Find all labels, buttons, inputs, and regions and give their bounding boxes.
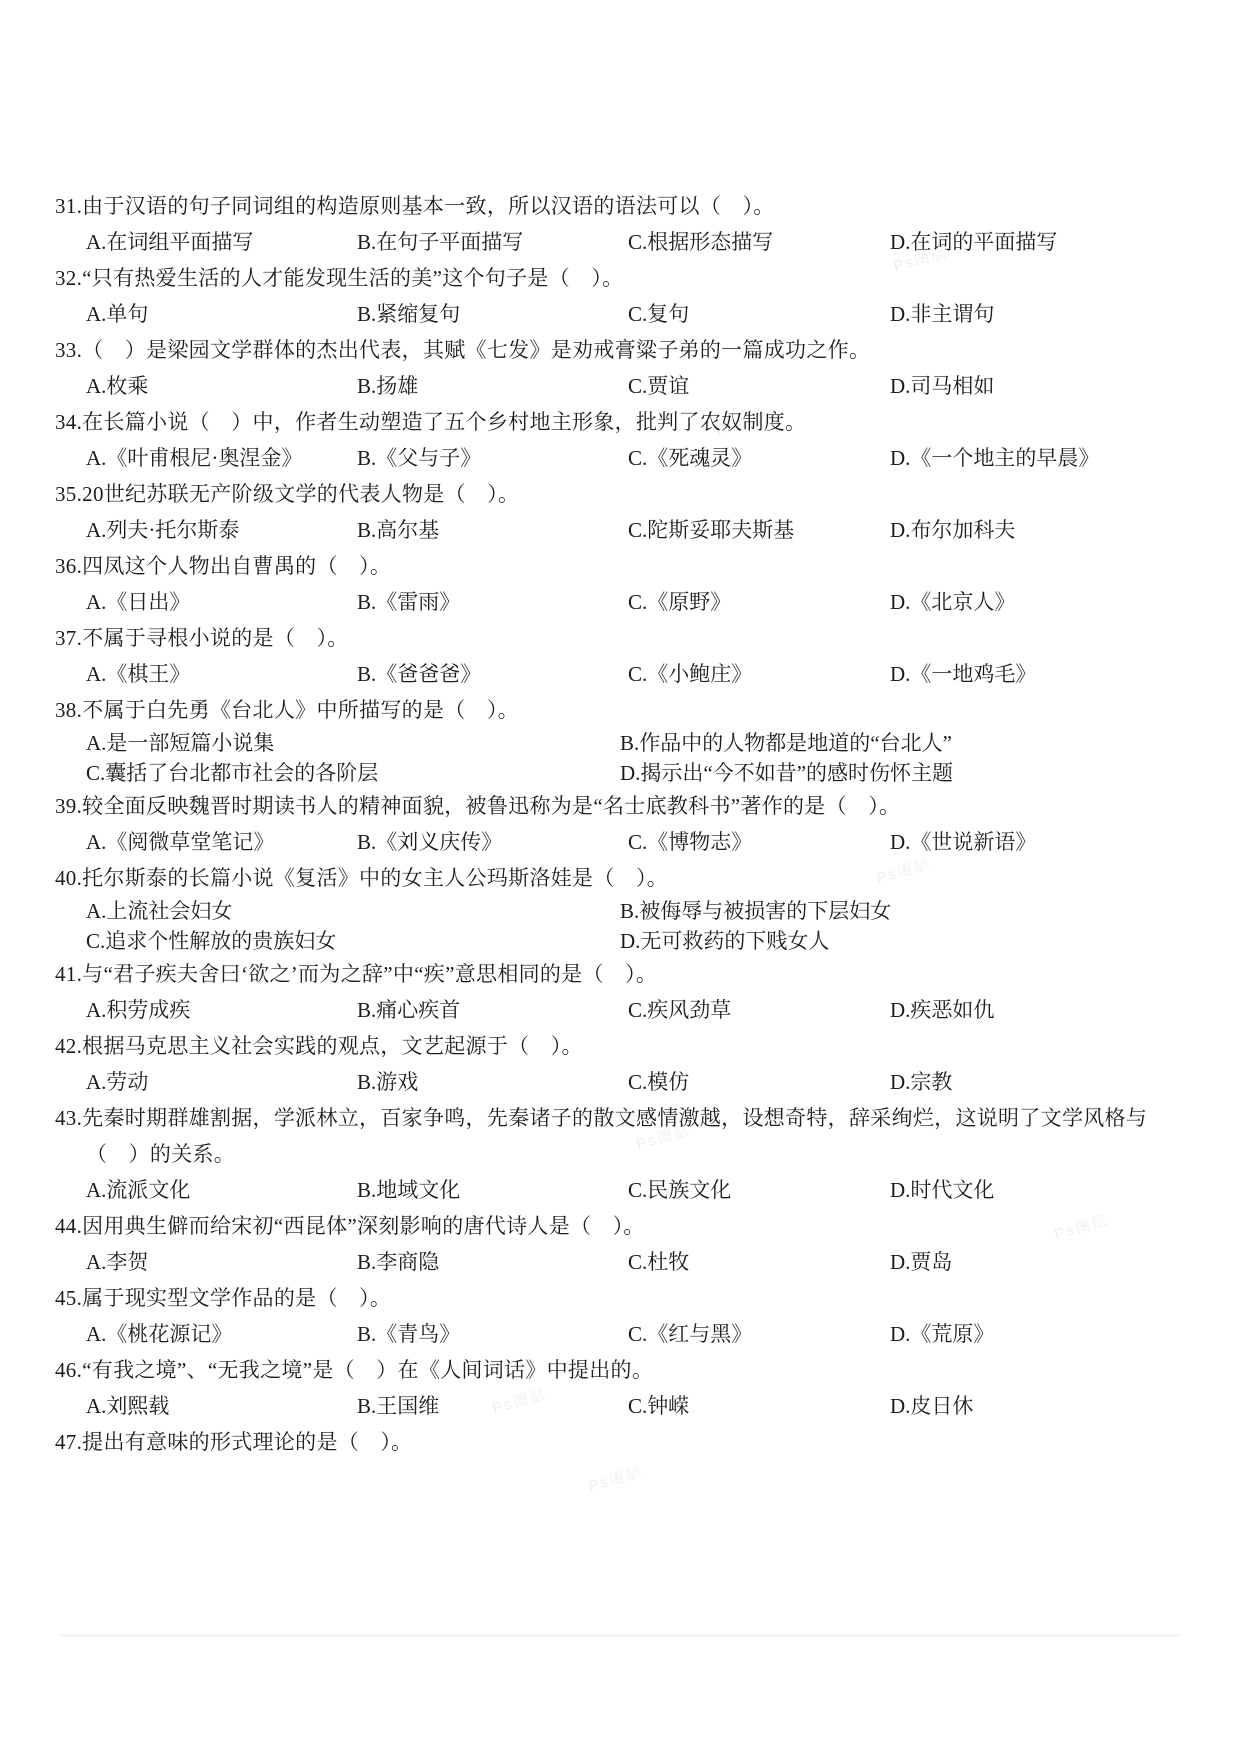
options-row: A.单句B.紧缩复句C.复句D.非主谓句 [86,296,1198,332]
options-row: A.在词组平面描写B.在句子平面描写C.根据形态描写D.在词的平面描写 [86,224,1198,260]
options-row: A.《桃花源记》B.《青鸟》C.《红与黑》D.《荒原》 [86,1316,1198,1352]
options-row: A.刘熙载B.王国维C.钟嵘D.皮日休 [86,1388,1198,1424]
option-A: A.劳动 [86,1064,357,1100]
question-37: 37.不属于寻根小说的是（ ）。A.《棋王》B.《爸爸爸》C.《小鲍庄》D.《一… [55,620,1198,692]
option-B: B.王国维 [357,1388,628,1424]
question-list: 31.由于汉语的句子同词组的构造原则基本一致，所以汉语的语法可以（ ）。A.在词… [0,0,1240,1460]
option-C: C.民族文化 [628,1172,890,1208]
question-stem: 34.在长篇小说（ ）中，作者生动塑造了五个乡村地主形象，批判了农奴制度。 [55,404,1198,440]
question-41: 41.与“君子疾夫舍曰‘欲之’而为之辞”中“疾”意思相同的是（ ）。A.积劳成疾… [55,956,1198,1028]
options-row: A.列夫·托尔斯泰B.高尔基C.陀斯妥耶夫斯基D.布尔加科夫 [86,512,1198,548]
question-stem: 46.“有我之境”、“无我之境”是（ ）在《人间词话》中提出的。 [55,1352,1198,1388]
option-C: C.杜牧 [628,1244,890,1280]
option-D: D.《世说新语》 [890,824,1198,860]
option-A: A.枚乘 [86,368,357,404]
question-stem: 35.20世纪苏联无产阶级文学的代表人物是（ ）。 [55,476,1198,512]
option-C: C.追求个性解放的贵族妇女 [86,926,620,956]
page-divider [60,1634,1180,1637]
options-row: A.枚乘B.扬雄C.贾谊D.司马相如 [86,368,1198,404]
question-44: 44.因用典生僻而给宋初“西昆体”深刻影响的唐代诗人是（ ）。A.李贺B.李商隐… [55,1208,1198,1280]
option-C: C.《红与黑》 [628,1316,890,1352]
option-D: D.《北京人》 [890,584,1198,620]
question-38: 38.不属于白先勇《台北人》中所描写的是（ ）。A.是一部短篇小说集B.作品中的… [55,692,1198,788]
question-stem: 36.四凤这个人物出自曹禺的（ ）。 [55,548,1198,584]
option-B: B.地域文化 [357,1172,628,1208]
options-row: A.积劳成疾B.痛心疾首C.疾风劲草D.疾恶如仇 [86,992,1198,1028]
options-row: A.流派文化B.地域文化C.民族文化D.时代文化 [86,1172,1198,1208]
option-D: D.疾恶如仇 [890,992,1198,1028]
question-39: 39.较全面反映魏晋时期读书人的精神面貌，被鲁迅称为是“名士底教科书”著作的是（… [55,788,1198,860]
option-A: A.《棋王》 [86,656,357,692]
option-D: D.揭示出“今不如昔”的感时伤怀主题 [620,758,1198,788]
option-D: D.司马相如 [890,368,1198,404]
question-32: 32.“只有热爱生活的人才能发现生活的美”这个句子是（ ）。A.单句B.紧缩复句… [55,260,1198,332]
option-B: B.李商隐 [357,1244,628,1280]
options-row: A.李贺B.李商隐C.杜牧D.贾岛 [86,1244,1198,1280]
option-C: C.疾风劲草 [628,992,890,1028]
option-A: A.列夫·托尔斯泰 [86,512,357,548]
question-stem: 39.较全面反映魏晋时期读书人的精神面貌，被鲁迅称为是“名士底教科书”著作的是（… [55,788,1198,824]
question-stem: 44.因用典生僻而给宋初“西昆体”深刻影响的唐代诗人是（ ）。 [55,1208,1198,1244]
option-B: B.《雷雨》 [357,584,628,620]
option-D: D.《荒原》 [890,1316,1198,1352]
option-D: D.《一个地主的早晨》 [890,440,1198,476]
option-C: C.模仿 [628,1064,890,1100]
option-D: D.皮日休 [890,1388,1198,1424]
option-D: D.时代文化 [890,1172,1198,1208]
option-C: C.《博物志》 [628,824,890,860]
option-B: B.痛心疾首 [357,992,628,1028]
option-C: C.陀斯妥耶夫斯基 [628,512,890,548]
question-stem: 43.先秦时期群雄割据，学派林立，百家争鸣，先秦诸子的散文感情激越，设想奇特，辞… [55,1100,1198,1172]
option-D: D.在词的平面描写 [890,224,1198,260]
option-A: A.积劳成疾 [86,992,357,1028]
option-C: C.囊括了台北都市社会的各阶层 [86,758,620,788]
option-A: A.上流社会妇女 [86,896,620,926]
option-D: D.《一地鸡毛》 [890,656,1198,692]
question-stem: 42.根据马克思主义社会实践的观点，文艺起源于（ ）。 [55,1028,1198,1064]
option-D: D.贾岛 [890,1244,1198,1280]
option-A: A.《叶甫根尼·奥涅金》 [86,440,357,476]
options-row: A.是一部短篇小说集B.作品中的人物都是地道的“台北人”C.囊括了台北都市社会的… [86,728,1198,788]
option-D: D.宗教 [890,1064,1198,1100]
option-B: B.扬雄 [357,368,628,404]
question-46: 46.“有我之境”、“无我之境”是（ ）在《人间词话》中提出的。A.刘熙载B.王… [55,1352,1198,1424]
option-B: B.在句子平面描写 [357,224,628,260]
options-row: A.《日出》B.《雷雨》C.《原野》D.《北京人》 [86,584,1198,620]
options-row: A.《阅微草堂笔记》B.《刘义庆传》C.《博物志》D.《世说新语》 [86,824,1198,860]
options-row: A.劳动B.游戏C.模仿D.宗教 [86,1064,1198,1100]
option-B: B.《父与子》 [357,440,628,476]
watermark: Ps图层 [584,1455,647,1505]
option-C: C.根据形态描写 [628,224,890,260]
question-35: 35.20世纪苏联无产阶级文学的代表人物是（ ）。A.列夫·托尔斯泰B.高尔基C… [55,476,1198,548]
question-31: 31.由于汉语的句子同词组的构造原则基本一致，所以汉语的语法可以（ ）。A.在词… [55,188,1198,260]
option-A: A.在词组平面描写 [86,224,357,260]
question-47: 47.提出有意味的形式理论的是（ ）。 [55,1424,1198,1460]
option-D: D.非主谓句 [890,296,1198,332]
options-row: A.上流社会妇女B.被侮辱与被损害的下层妇女C.追求个性解放的贵族妇女D.无可救… [86,896,1198,956]
question-40: 40.托尔斯泰的长篇小说《复活》中的女主人公玛斯洛娃是（ ）。A.上流社会妇女B… [55,860,1198,956]
option-D: D.布尔加科夫 [890,512,1198,548]
option-C: C.《原野》 [628,584,890,620]
options-row: A.《棋王》B.《爸爸爸》C.《小鲍庄》D.《一地鸡毛》 [86,656,1198,692]
question-36: 36.四凤这个人物出自曹禺的（ ）。A.《日出》B.《雷雨》C.《原野》D.《北… [55,548,1198,620]
option-B: B.被侮辱与被损害的下层妇女 [620,896,1198,926]
question-stem: 37.不属于寻根小说的是（ ）。 [55,620,1198,656]
option-A: A.流派文化 [86,1172,357,1208]
option-D: D.无可救药的下贱女人 [620,926,1198,956]
option-C: C.贾谊 [628,368,890,404]
question-stem: 45.属于现实型文学作品的是（ ）。 [55,1280,1198,1316]
option-A: A.李贺 [86,1244,357,1280]
option-B: B.作品中的人物都是地道的“台北人” [620,728,1198,758]
option-B: B.高尔基 [357,512,628,548]
option-A: A.《日出》 [86,584,357,620]
option-B: B.《刘义庆传》 [357,824,628,860]
option-B: B.游戏 [357,1064,628,1100]
option-A: A.单句 [86,296,357,332]
option-C: C.《死魂灵》 [628,440,890,476]
question-stem: 32.“只有热爱生活的人才能发现生活的美”这个句子是（ ）。 [55,260,1198,296]
options-row: A.《叶甫根尼·奥涅金》B.《父与子》C.《死魂灵》D.《一个地主的早晨》 [86,440,1198,476]
option-A: A.刘熙载 [86,1388,357,1424]
option-C: C.复句 [628,296,890,332]
option-A: A.《桃花源记》 [86,1316,357,1352]
option-C: C.钟嵘 [628,1388,890,1424]
question-stem: 47.提出有意味的形式理论的是（ ）。 [55,1424,1198,1460]
option-B: B.《爸爸爸》 [357,656,628,692]
question-stem: 38.不属于白先勇《台北人》中所描写的是（ ）。 [55,692,1198,728]
question-34: 34.在长篇小说（ ）中，作者生动塑造了五个乡村地主形象，批判了农奴制度。A.《… [55,404,1198,476]
option-C: C.《小鲍庄》 [628,656,890,692]
option-B: B.紧缩复句 [357,296,628,332]
question-43: 43.先秦时期群雄割据，学派林立，百家争鸣，先秦诸子的散文感情激越，设想奇特，辞… [55,1100,1198,1208]
question-42: 42.根据马克思主义社会实践的观点，文艺起源于（ ）。A.劳动B.游戏C.模仿D… [55,1028,1198,1100]
question-stem: 40.托尔斯泰的长篇小说《复活》中的女主人公玛斯洛娃是（ ）。 [55,860,1198,896]
option-B: B.《青鸟》 [357,1316,628,1352]
question-33: 33.（ ）是梁园文学群体的杰出代表，其赋《七发》是劝戒膏粱子弟的一篇成功之作。… [55,332,1198,404]
question-stem: 33.（ ）是梁园文学群体的杰出代表，其赋《七发》是劝戒膏粱子弟的一篇成功之作。 [55,332,1198,368]
question-stem: 31.由于汉语的句子同词组的构造原则基本一致，所以汉语的语法可以（ ）。 [55,188,1198,224]
question-45: 45.属于现实型文学作品的是（ ）。A.《桃花源记》B.《青鸟》C.《红与黑》D… [55,1280,1198,1352]
option-A: A.是一部短篇小说集 [86,728,620,758]
option-A: A.《阅微草堂笔记》 [86,824,357,860]
question-stem: 41.与“君子疾夫舍曰‘欲之’而为之辞”中“疾”意思相同的是（ ）。 [55,956,1198,992]
